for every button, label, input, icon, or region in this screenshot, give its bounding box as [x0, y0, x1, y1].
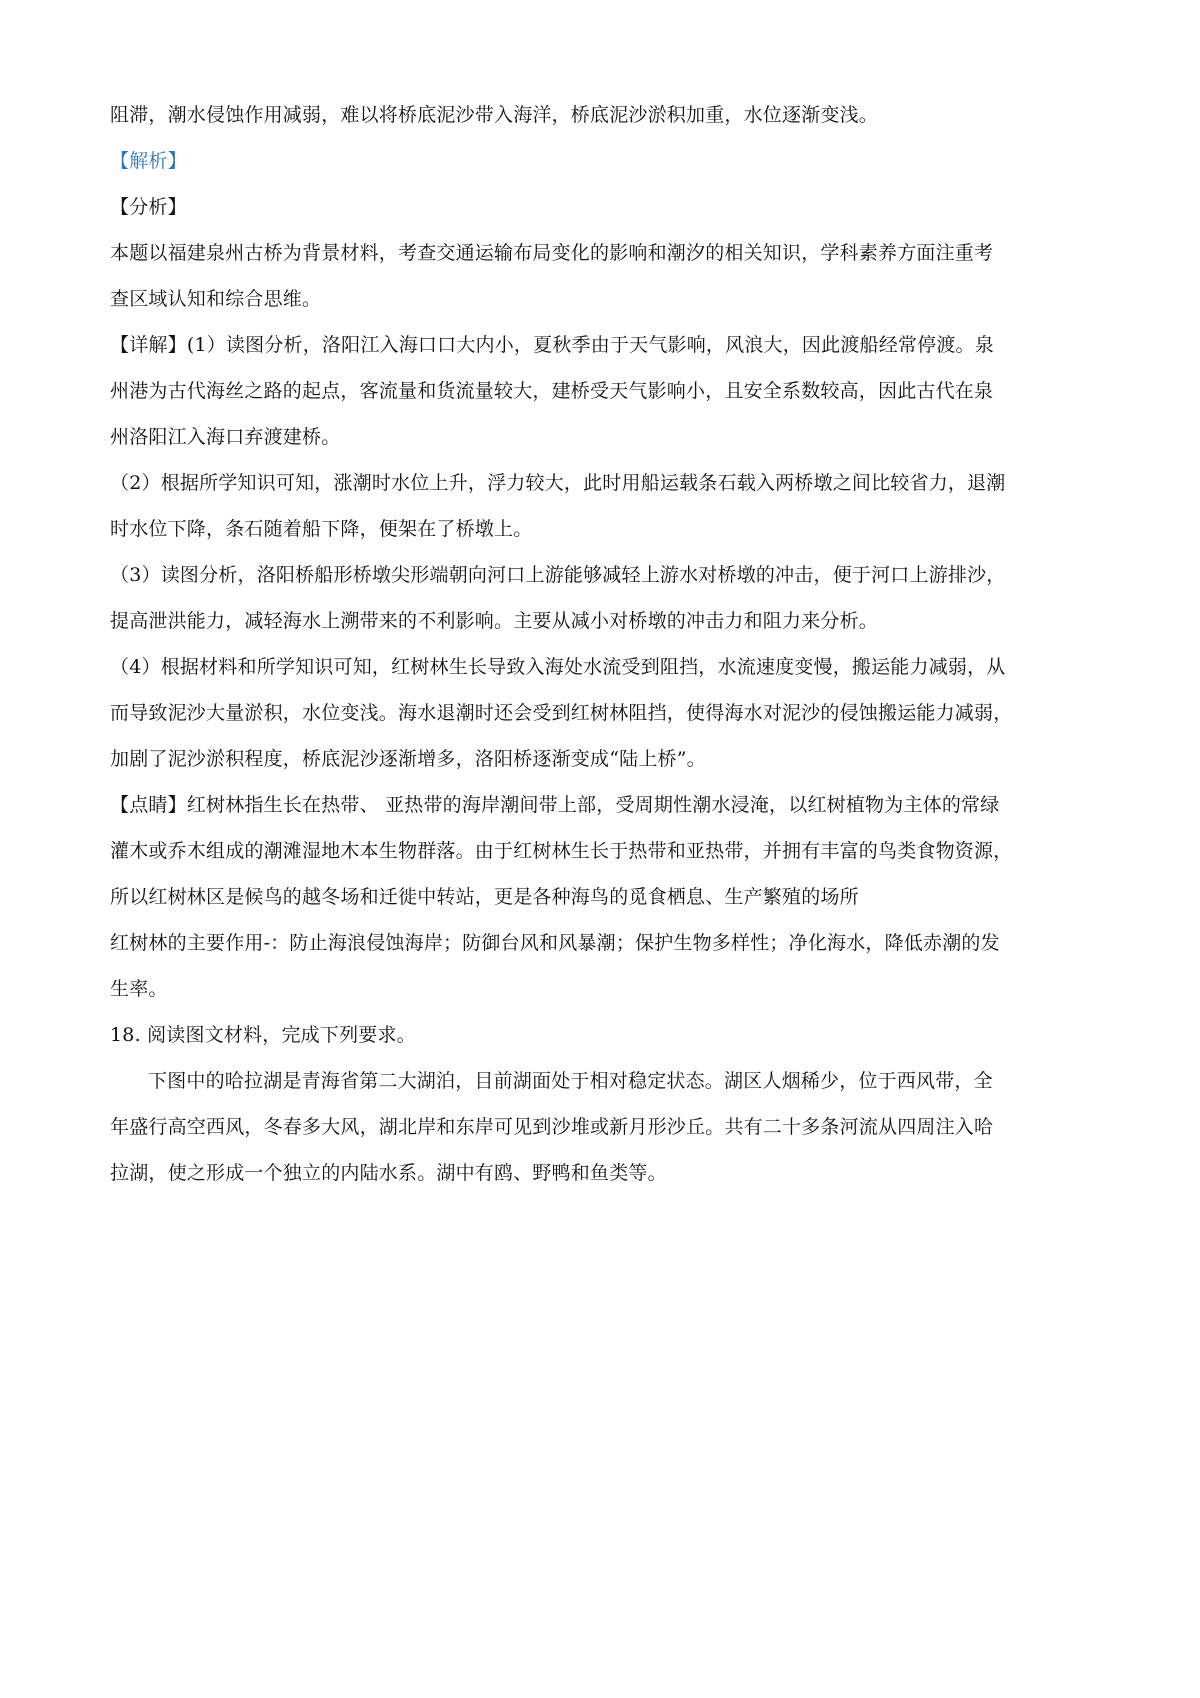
document-page: 阻滞，潮水侵蚀作用减弱，难以将桥底泥沙带入海洋，桥底泥沙淤积加重，水位逐渐变浅。… [110, 92, 1100, 1196]
xiangjie-line: 提高泄洪能力，减轻海水上溯带来的不利影响。主要从减小对桥墩的冲击力和阻力来分析。 [110, 598, 1100, 644]
question-prompt: 阅读图文材料，完成下列要求。 [147, 1024, 416, 1046]
question-number: 18. [110, 1024, 141, 1046]
material-line: 拉湖，使之形成一个独立的内陆水系。湖中有鸥、野鸭和鱼类等。 [110, 1150, 1100, 1196]
dianjing-line: 红树林的主要作用-：防止海浪侵蚀海岸；防御台风和风暴潮；保护生物多样性；净化海水… [110, 920, 1100, 966]
xiangjie-text: (1）读图分析，洛阳江入海口口大内小，夏秋季由于天气影响，风浪大，因此渡船经常停… [187, 334, 994, 356]
material-line: 下图中的哈拉湖是青海省第二大湖泊，目前湖面处于相对稳定状态。湖区人烟稀少，位于西… [110, 1058, 1100, 1104]
xiangjie-line: （4）根据材料和所学知识可知，红树林生长导致入海处水流受到阻挡，水流速度变慢，搬… [110, 644, 1100, 690]
dianjing-text: 红树林指生长在热带、 亚热带的海岸潮间带上部，受周期性潮水浸淹，以红树植物为主体… [187, 794, 1000, 816]
xiangjie-label: 【详解】 [110, 334, 187, 356]
xiangjie-line: 州洛阳江入海口弃渡建桥。 [110, 414, 1100, 460]
fenxi-line: 本题以福建泉州古桥为背景材料，考查交通运输布局变化的影响和潮汐的相关知识，学科素… [110, 230, 1100, 276]
dianjing-label: 【点睛】 [110, 794, 187, 816]
xiangjie-line: （2）根据所学知识可知，涨潮时水位上升，浮力较大，此时用船运载条石载入两桥墩之间… [110, 460, 1100, 506]
fenxi-line: 查区域认知和综合思维。 [110, 276, 1100, 322]
dianjing-line: 所以红树林区是候鸟的越冬场和迁徙中转站，更是各种海鸟的觅食栖息、生产繁殖的场所 [110, 874, 1100, 920]
dianjing-line: 生率。 [110, 966, 1100, 1012]
continuation-line: 阻滞，潮水侵蚀作用减弱，难以将桥底泥沙带入海洋，桥底泥沙淤积加重，水位逐渐变浅。 [110, 92, 1100, 138]
xiangjie-line: 州港为古代海丝之路的起点，客流量和货流量较大，建桥受天气影响小，且安全系数较高，… [110, 368, 1100, 414]
fenxi-label: 【分析】 [110, 184, 1100, 230]
xiangjie-line: 【详解】(1）读图分析，洛阳江入海口口大内小，夏秋季由于天气影响，风浪大，因此渡… [110, 322, 1100, 368]
xiangjie-line: （3）读图分析，洛阳桥船形桥墩尖形端朝向河口上游能够减轻上游水对桥墩的冲击，便于… [110, 552, 1100, 598]
material-line: 年盛行高空西风，冬春多大风，湖北岸和东岸可见到沙堆或新月形沙丘。共有二十多条河流… [110, 1104, 1100, 1150]
dianjing-line: 灌木或乔木组成的潮滩湿地木本生物群落。由于红树林生长于热带和亚热带，并拥有丰富的… [110, 828, 1100, 874]
dianjing-line: 【点睛】红树林指生长在热带、 亚热带的海岸潮间带上部，受周期性潮水浸淹，以红树植… [110, 782, 1100, 828]
question-heading: 18. 阅读图文材料，完成下列要求。 [110, 1012, 1100, 1058]
xiangjie-line: 而导致泥沙大量淤积，水位变浅。海水退潮时还会受到红树林阻挡，使得海水对泥沙的侵蚀… [110, 690, 1100, 736]
jiexi-label: 【解析】 [110, 138, 1100, 184]
xiangjie-line: 加剧了泥沙淤积程度，桥底泥沙逐渐增多，洛阳桥逐渐变成“陆上桥”。 [110, 736, 1100, 782]
xiangjie-line: 时水位下降，条石随着船下降，便架在了桥墩上。 [110, 506, 1100, 552]
